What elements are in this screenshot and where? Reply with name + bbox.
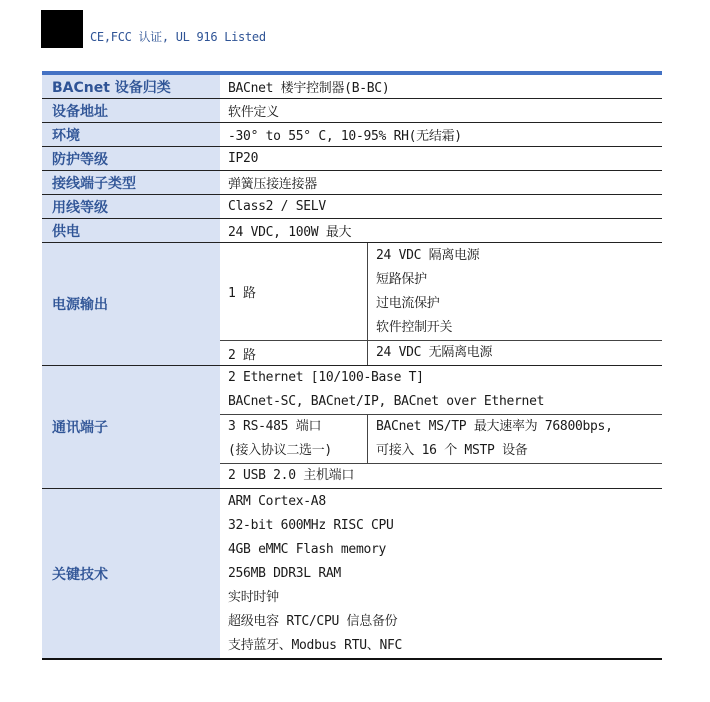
row-label: 用线等级 (42, 195, 220, 218)
detail-line: ARM Cortex-A8 (228, 490, 662, 514)
row-label: 接线端子类型 (42, 171, 220, 194)
table-row: BACnet 设备归类 BACnet 楼宇控制器(B-BC) (42, 75, 662, 99)
table-row: 接线端子类型 弹簧压接连接器 (42, 171, 662, 195)
row-value: IP20 (220, 147, 662, 170)
spec-table: BACnet 设备归类 BACnet 楼宇控制器(B-BC) 设备地址 软件定义… (42, 75, 662, 660)
channel-label: 1 路 (220, 243, 368, 340)
table-row: 供电 24 VDC, 100W 最大 (42, 219, 662, 243)
row-value: -30° to 55° C, 10-95% RH(无结霜) (220, 123, 662, 146)
detail-line: (接入协议二选一) (228, 439, 367, 463)
communication-group: 通讯端子 2 Ethernet [10/100-Base T] BACnet-S… (42, 366, 662, 489)
logo (41, 10, 83, 48)
row-label: 关键技术 (42, 489, 220, 658)
detail-line: 2 Ethernet [10/100-Base T] (228, 366, 662, 390)
power-output-group: 电源输出 1 路 24 VDC 隔离电源 短路保护 过电流保护 软件控制开关 2… (42, 243, 662, 366)
row-label: 电源输出 (42, 243, 220, 365)
ethernet-row: 2 Ethernet [10/100-Base T] BACnet-SC, BA… (220, 366, 662, 415)
row-label: 供电 (42, 219, 220, 242)
detail-line: 超级电容 RTC/CPU 信息备份 (228, 610, 662, 634)
detail-line: 支持蓝牙、Modbus RTU、NFC (228, 634, 662, 658)
table-row: 防护等级 IP20 (42, 147, 662, 171)
certification-text: CE,FCC 认证, UL 916 Listed (90, 28, 266, 45)
row-label: 防护等级 (42, 147, 220, 170)
detail-line: 软件控制开关 (376, 316, 662, 340)
table-row: 设备地址 软件定义 (42, 99, 662, 123)
channel-label: 2 路 (220, 341, 368, 365)
detail-line: 过电流保护 (376, 292, 662, 316)
row-label: 通讯端子 (42, 366, 220, 488)
detail-line: 3 RS-485 端口 (228, 415, 367, 439)
detail-line: 32-bit 600MHz RISC CPU (228, 514, 662, 538)
row-label: 设备地址 (42, 99, 220, 122)
detail-line: BACnet MS/TP 最大速率为 76800bps, (376, 415, 662, 439)
row-label: 环境 (42, 123, 220, 146)
power-channel-1: 1 路 24 VDC 隔离电源 短路保护 过电流保护 软件控制开关 (220, 243, 662, 341)
usb-row: 2 USB 2.0 主机端口 (220, 464, 662, 488)
detail-line: 24 VDC 无隔离电源 (376, 341, 662, 365)
detail-line: 256MB DDR3L RAM (228, 562, 662, 586)
key-tech-group: 关键技术 ARM Cortex-A8 32-bit 600MHz RISC CP… (42, 489, 662, 660)
row-value: 24 VDC, 100W 最大 (220, 219, 662, 242)
rs485-row: 3 RS-485 端口 (接入协议二选一) BACnet MS/TP 最大速率为… (220, 415, 662, 464)
detail-line: 2 USB 2.0 主机端口 (228, 464, 662, 488)
detail-line: 24 VDC 隔离电源 (376, 244, 662, 268)
row-label: BACnet 设备归类 (42, 75, 220, 98)
detail-line: BACnet-SC, BACnet/IP, BACnet over Ethern… (228, 390, 662, 414)
detail-line: 实时时钟 (228, 586, 662, 610)
row-value: BACnet 楼宇控制器(B-BC) (220, 75, 662, 98)
row-value: Class2 / SELV (220, 195, 662, 218)
detail-line: 可接入 16 个 MSTP 设备 (376, 439, 662, 463)
row-value: 弹簧压接连接器 (220, 171, 662, 194)
table-row: 环境 -30° to 55° C, 10-95% RH(无结霜) (42, 123, 662, 147)
power-channel-2: 2 路 24 VDC 无隔离电源 (220, 341, 662, 365)
detail-line: 4GB eMMC Flash memory (228, 538, 662, 562)
table-row: 用线等级 Class2 / SELV (42, 195, 662, 219)
detail-line: 短路保护 (376, 268, 662, 292)
row-value: 软件定义 (220, 99, 662, 122)
